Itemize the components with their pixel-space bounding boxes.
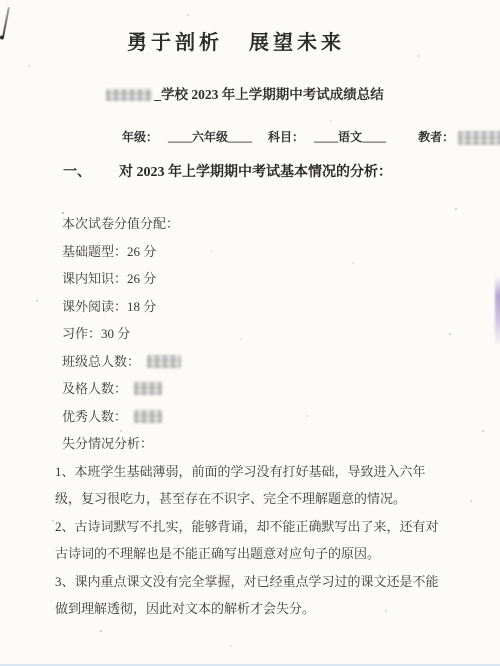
meta-line: 年级：____六年级____科目：____语文____教者： bbox=[0, 130, 500, 145]
subject-label: 科目： bbox=[268, 130, 304, 144]
header-motto: 勇于剖析展望未来 bbox=[0, 33, 500, 53]
score-item-value: 26 分 bbox=[127, 244, 156, 259]
score-item: 课外阅读：18 分 bbox=[0, 293, 500, 321]
document-title-text: _学校 2023 年上学期期中考试成绩总结 bbox=[154, 87, 384, 102]
class-stat: 班级总人数： bbox=[0, 348, 500, 376]
pass-count-redaction bbox=[134, 382, 162, 395]
ink-smudge-artifact bbox=[495, 276, 500, 344]
class-stat-label: 优秀人数： bbox=[62, 409, 127, 424]
loss-analysis-heading: 失分情况分析： bbox=[0, 430, 500, 458]
score-item-value: 26 分 bbox=[127, 271, 156, 286]
motto-left: 勇于剖析 bbox=[127, 32, 223, 54]
score-item-label: 课外阅读： bbox=[62, 299, 127, 314]
analysis-paragraph-3: 3、课内重点课文没有完全掌握，对已经重点学习过的课文还是不能做到理解透彻，因此对… bbox=[0, 568, 447, 623]
score-item-label: 基础题型： bbox=[62, 244, 127, 259]
score-item-label: 习作： bbox=[62, 326, 101, 341]
motto-right: 展望未来 bbox=[249, 32, 345, 54]
class-stat-label: 及格人数： bbox=[62, 381, 127, 396]
teacher-name-redaction bbox=[458, 131, 500, 145]
document-title: _学校 2023 年上学期期中考试成绩总结 bbox=[0, 88, 500, 102]
score-distribution-intro: 本次试卷分值分配： bbox=[0, 210, 500, 238]
class-stat-label: 班级总人数： bbox=[62, 354, 140, 369]
subject-value: ____语文____ bbox=[314, 130, 386, 144]
score-item: 习作：30 分 bbox=[0, 320, 500, 348]
scan-noise-speckles bbox=[0, 0, 2, 2]
class-stat: 及格人数： bbox=[0, 375, 500, 403]
score-item-value: 30 分 bbox=[101, 326, 130, 341]
section-heading-text: 对 2023 年上学期期中考试基本情况的分析： bbox=[119, 165, 392, 180]
teacher-label: 教者： bbox=[418, 130, 454, 144]
section-heading: 一、对 2023 年上学期期中考试基本情况的分析： bbox=[0, 165, 500, 182]
score-item-label: 课内知识： bbox=[62, 271, 127, 286]
analysis-paragraph-1: 1、本班学生基础薄弱，前面的学习没有打好基础，导致进入六年级，复习很吃力，甚至存… bbox=[0, 458, 447, 513]
class-stat: 优秀人数： bbox=[0, 403, 500, 431]
document-body: 本次试卷分值分配： 基础题型：26 分 课内知识：26 分 课外阅读：18 分 … bbox=[0, 210, 500, 623]
score-item: 基础题型：26 分 bbox=[0, 238, 500, 266]
scanned-document-page: 勇于剖析展望未来 _学校 2023 年上学期期中考试成绩总结 年级：____六年… bbox=[0, 0, 500, 666]
score-item-value: 18 分 bbox=[127, 299, 156, 314]
class-total-redaction bbox=[147, 355, 181, 368]
grade-label: 年级： bbox=[122, 130, 158, 144]
section-numeral: 一、 bbox=[63, 165, 91, 180]
analysis-paragraph-2: 2、古诗词默写不扎实，能够背诵，却不能正确默写出了来，还有对古诗词的不理解也是不… bbox=[0, 513, 447, 568]
score-item: 课内知识：26 分 bbox=[0, 265, 500, 293]
excellent-count-redaction bbox=[134, 410, 162, 423]
grade-value: ____六年级____ bbox=[168, 130, 252, 144]
school-name-redaction bbox=[106, 89, 152, 101]
